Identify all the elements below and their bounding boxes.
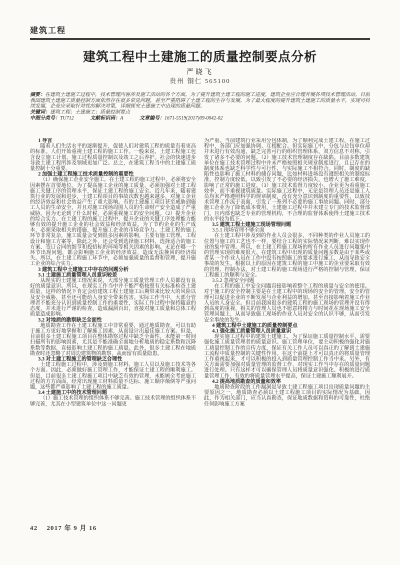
abstract-block: 摘要：在建筑土建施工过程中，技术管理内容涉及施工活动的各个方面。为了提升建筑土建… bbox=[30, 92, 370, 130]
paragraph: 在土建工程中涉及到的作业人员会很多，不同种类的作业人员施工的位置与施工的工艺也不… bbox=[204, 233, 370, 278]
section-heading: 3.2 对地质的勘察缺乏全面性 bbox=[30, 317, 196, 323]
clc-number: 中图分类号：TU712 bbox=[30, 115, 74, 121]
abstract-label: 摘要： bbox=[30, 92, 45, 98]
article-no-label: 文章编号： bbox=[139, 115, 164, 121]
author-affiliation: 贵州 铜仁 565100 bbox=[30, 78, 370, 86]
section-heading: 3.3 对土建工程施工的管理缺乏合理性 bbox=[30, 356, 196, 362]
abstract: 摘要：在建筑土建施工过程中，技术管理内容涉及施工活动的各个方面。为了提升建筑土建… bbox=[30, 92, 370, 109]
keywords-text: 建筑工程；土建施工；质量控制要点 bbox=[50, 109, 130, 115]
doc-code-label: 文献标识码： bbox=[90, 115, 120, 121]
paragraph: （1）确保施工企业安全施工。在土建工程的施工过程中，必须将安全因素摆在首要地位。… bbox=[30, 177, 196, 267]
journal-section-header: 建筑工程 bbox=[30, 26, 370, 40]
section-heading: 3.5 建筑工程土建施工现场管理问题 bbox=[204, 222, 370, 228]
abstract-text: 在建筑土建施工过程中，技术管理内容涉及施工活动的各个方面。为了提升建筑土建工程的… bbox=[30, 92, 370, 109]
document-code: 文献标识码：A bbox=[90, 115, 123, 121]
paragraph: 随着人们生活水平的逐渐提升，促使人们对建筑工程的质量有着更高的标准。人们开始重视… bbox=[30, 143, 196, 171]
section-heading: 3 建筑工程中土建施工中存在的问题分析 bbox=[30, 266, 196, 272]
section-heading: 2 加强土建工程施工技术质量控制的重要性 bbox=[30, 171, 196, 177]
section-heading: 3.5.1 现场管理不够全面 bbox=[204, 227, 370, 233]
section-heading: 4.1 强化施工质量管理人员质量意识 bbox=[204, 328, 370, 334]
section-heading: 3.1 土建施工质量管理人员意识较差 bbox=[30, 272, 196, 278]
page-footer: 422017 年 9 月 16 bbox=[30, 523, 97, 532]
section-heading: 3.5.2 忽视安全问题 bbox=[204, 278, 370, 284]
left-column: 1 导言随着人们生活水平的逐渐提升，促使人们对建筑工程的质量有着更高的标准。人们… bbox=[30, 138, 196, 512]
publication-meta: 中图分类号：TU712 文献标识码：A 文章编号：1671-5519(2017)… bbox=[30, 115, 370, 121]
section-heading: 4 建筑工程中土建施工的质量控制要点 bbox=[204, 322, 370, 328]
doc-code-value: A bbox=[120, 115, 123, 121]
keywords-line: 关键词：建筑工程；土建施工；质量控制要点 bbox=[30, 109, 370, 115]
header-rule bbox=[30, 38, 370, 40]
section-heading: 1 导言 bbox=[30, 138, 196, 144]
journal-page: 建筑工程 建筑工程中土建施工的质量控制要点分析 严晓飞 贵州 铜仁 565100… bbox=[0, 0, 400, 565]
paragraph: 地质勘查工作在土建工程施工中非常重要，通过地质勘查，可以有助于施工方更好地掌握和… bbox=[30, 322, 196, 356]
clc-value: TU712 bbox=[60, 115, 74, 121]
article-number: 文章编号：1671-5519(2017)09-0042-02 bbox=[139, 115, 222, 121]
paragraph: 现实施工过程中的建筑土建施工，为了保证施工质量控制水平，需要强化施工质量管理者的… bbox=[204, 334, 370, 379]
right-column: 为严重。当前建筑行业采用分包体制，为了顺利完成土建工程，在施工过程中，各部门应加… bbox=[204, 138, 370, 512]
paragraph: 为严重。当前建筑行业采用分包体制，为了顺利完成土建工程，在施工过程中，各部门应加… bbox=[204, 138, 370, 222]
keywords-label: 关键词： bbox=[30, 109, 50, 115]
paragraph: （1）施工技术管理的组织体系不够完善。施工技术管理的组织体系不够完善，尤其在小型… bbox=[30, 395, 196, 406]
paragraph: 从现实的土建施工情况来说，大部分施工质量管理工作人员都没有良好的质量意识。所以，… bbox=[30, 278, 196, 317]
footer-date: 2017 年 9 月 16 bbox=[47, 525, 97, 532]
article-body: 1 导言随着人们生活水平的逐渐提升，促使人们对建筑工程的质量有着更高的标准。人们… bbox=[30, 138, 370, 512]
author-name: 严晓飞 bbox=[30, 68, 370, 76]
paragraph: 土建工程施工过程中，涉及到施工材料、施工人员以及施工技术等各个方面。因此，必须做… bbox=[30, 362, 196, 390]
paragraph: 地质勘查阶段的工作漏洞是导致土建工程施工项目出现质量问题的主要原因之一，地质勘查… bbox=[204, 384, 370, 406]
section-heading: 4.2 提高地质勘查的质量和效率 bbox=[204, 378, 370, 384]
section-heading: 3.4 土建施工中的技术管理问题 bbox=[30, 390, 196, 396]
journal-section-label: 建筑工程 bbox=[30, 26, 370, 35]
article-title: 建筑工程中土建施工的质量控制要点分析 bbox=[30, 50, 370, 64]
paragraph: 在工程的施工中安全问题直接影响着整个工程的质量与安全的使用。对于施工的安全控制主… bbox=[204, 283, 370, 322]
article-no-value: 1671-5519(2017)09-0042-02 bbox=[164, 115, 222, 121]
page-number: 42 bbox=[30, 525, 38, 532]
clc-label: 中图分类号： bbox=[30, 115, 60, 121]
